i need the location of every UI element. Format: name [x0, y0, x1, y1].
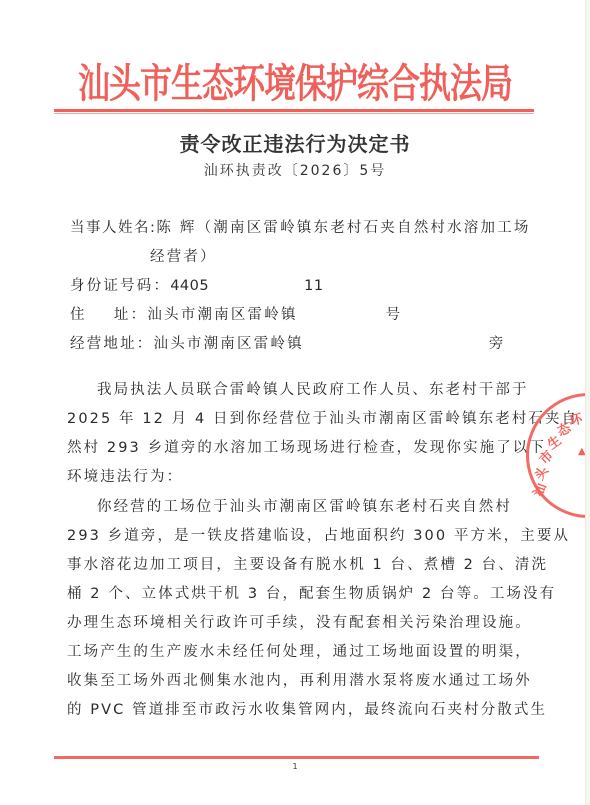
document-title: 责令改正违法行为决定书 [0, 128, 590, 157]
party-name-continuation: 经营者） [150, 245, 217, 266]
paragraph-line: 环境违法行为： [67, 463, 527, 492]
seal-star-icon: ▲ [578, 446, 585, 457]
footer-red-rule [54, 756, 539, 759]
page-edge [585, 0, 590, 805]
party-name-value: 陈 辉（潮南区雷岭镇东老村石夹自然村水溶加工场 [156, 220, 530, 236]
id-number-suffix: 11 [304, 278, 323, 294]
violation-description-paragraph: 你经营的工场位于汕头市潮南区雷岭镇东老村石夹自然村 293 乡道旁，是一铁皮搭建… [67, 493, 527, 725]
business-address-field: 经营地址：汕头市潮南区雷岭镇旁 [70, 332, 506, 353]
paragraph-line: 293 乡道旁，是一铁皮搭建临设，占地面积约 300 平方米，主要从 [67, 522, 527, 551]
paragraph-line: 你经营的工场位于汕头市潮南区雷岭镇东老村石夹自然村 [67, 493, 527, 522]
address-suffix: 号 [386, 307, 403, 323]
page-number: 1 [0, 762, 590, 771]
address-label: 住 址： [70, 307, 147, 323]
id-number-field: 身份证号码：440511 [70, 274, 324, 295]
agency-letterhead: 汕头市生态环境保护综合执法局 [0, 52, 590, 115]
paragraph-line: 收集至工场外西北侧集水池内，再利用潜水泵将废水通过工场外 [67, 667, 527, 696]
party-name-field: 当事人姓名:陈 辉（潮南区雷岭镇东老村石夹自然村水溶加工场 [70, 216, 531, 237]
paragraph-line: 桶 2 个、立体式烘干机 3 台，配套生物质锅炉 2 台等。工场没有 [67, 580, 527, 609]
paragraph-line: 工场产生的生产废水未经任何处理，通过工场地面设置的明渠， [67, 638, 527, 667]
paragraph-line: 我局执法人员联合雷岭镇人民政府工作人员、东老村干部于 [67, 376, 527, 405]
id-number-label: 身份证号码： [70, 278, 170, 294]
letterhead-red-rule [54, 109, 534, 112]
paragraph-line: 事水溶花边加工项目，主要设备有脱水机 1 台、煮槽 2 台、清洗 [67, 551, 527, 580]
address-value: 汕头市潮南区雷岭镇 [147, 307, 297, 323]
paragraph-line: 2025 年 12 月 4 日到你经营位于汕头市潮南区雷岭镇东老村石夹自 [67, 405, 527, 434]
paragraph-line: 办理生态环境相关行政许可手续，没有配套相关污染治理设施。 [67, 609, 527, 638]
business-address-value: 汕头市潮南区雷岭镇 [154, 336, 304, 352]
address-field: 住 址：汕头市潮南区雷岭镇号 [70, 303, 402, 324]
business-address-label: 经营地址： [70, 336, 154, 352]
id-number-prefix: 4405 [170, 278, 209, 294]
party-name-label: 当事人姓名: [70, 220, 156, 236]
document-number: 汕环执责改〔2026〕5号 [0, 160, 590, 180]
official-seal: 汕 头 市 生 态 环 ▲ [520, 385, 585, 525]
paragraph-line: 然村 293 乡道旁的水溶加工场现场进行检查，发现你实施了以下 [67, 434, 527, 463]
business-address-suffix: 旁 [489, 336, 506, 352]
paragraph-line: 的 PVC 管道排至市政污水收集管网内，最终流向石夹村分散式生 [67, 696, 527, 725]
inspection-paragraph: 我局执法人员联合雷岭镇人民政府工作人员、东老村干部于 2025 年 12 月 4… [67, 376, 527, 492]
